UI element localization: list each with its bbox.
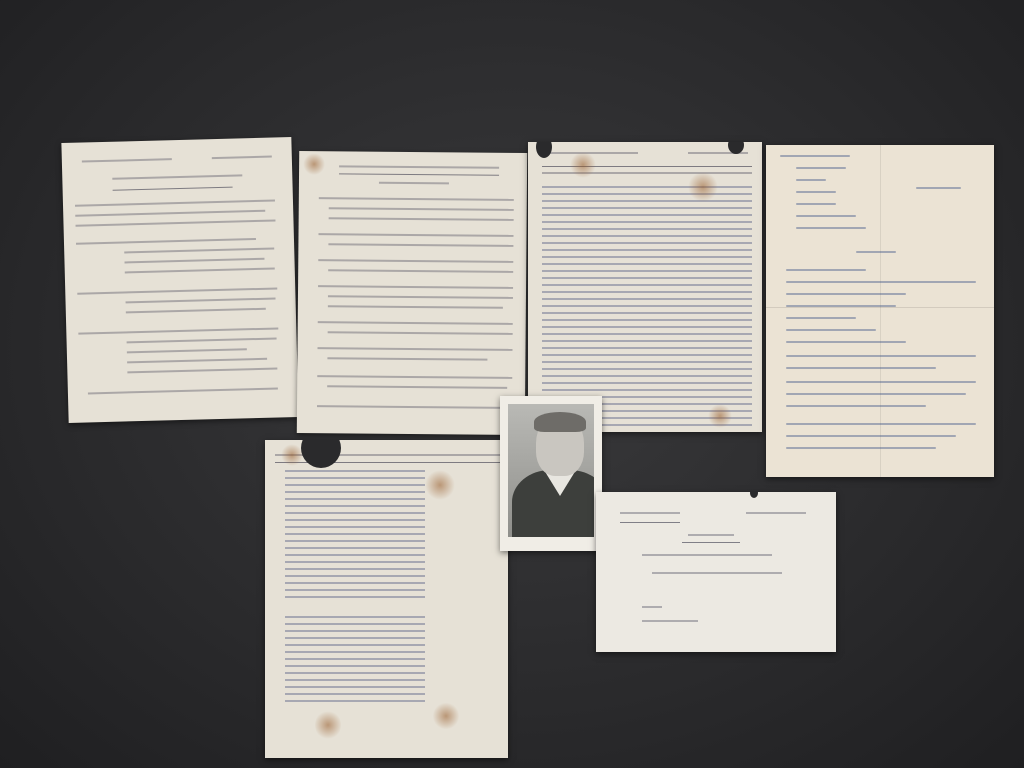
typed-roster-upper-right-center [528, 142, 762, 432]
portrait-photograph [500, 396, 602, 551]
typed-certificate-lower-right [596, 492, 836, 652]
typed-document-upper-left [61, 137, 298, 423]
handwritten-document-upper-right [766, 145, 994, 477]
portrait-image [508, 404, 594, 537]
typed-document-upper-center [297, 151, 527, 435]
typed-roster-lower-left [265, 440, 508, 758]
